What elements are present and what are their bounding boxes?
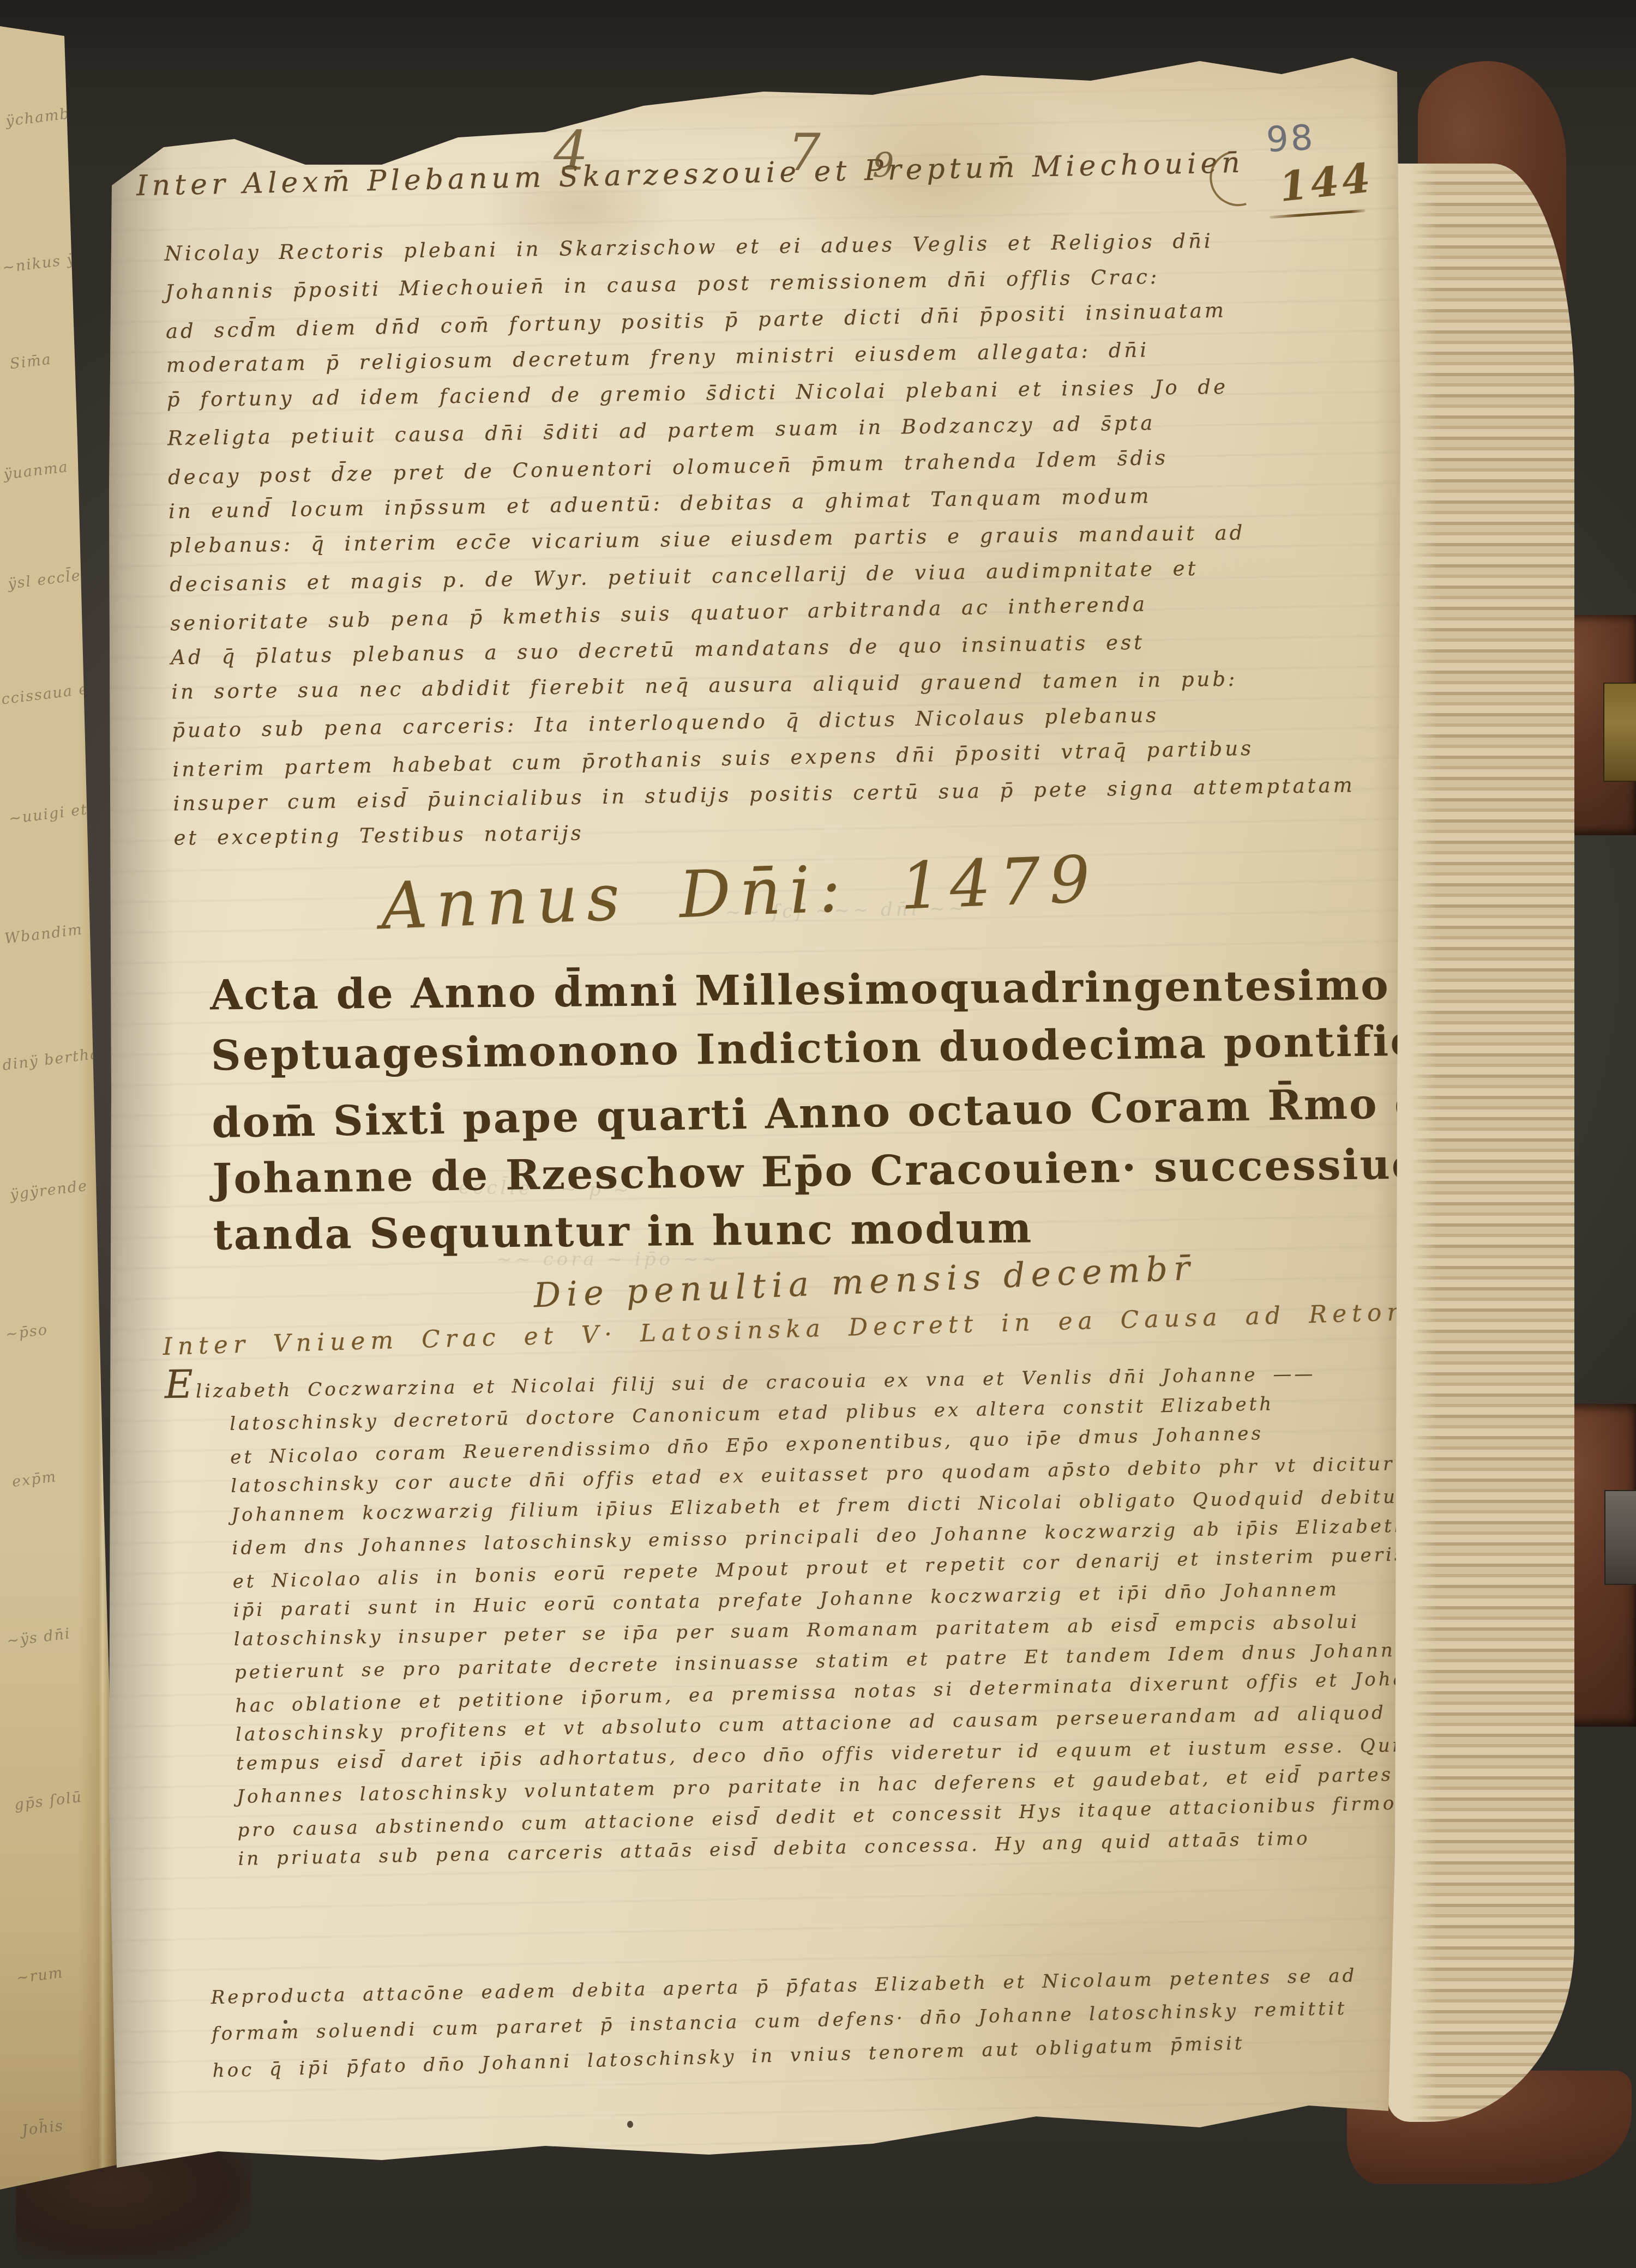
facing-page-edge: ÿchambus ~nikus ÿ Sim̄a ÿuanma ÿsl eccl̄… (0, 26, 127, 2189)
bleed-fragment: ÿsl eccl̄e (7, 567, 82, 593)
entry-block-2: Elizabeth Coczwarzina et Nicolai filij s… (228, 1349, 1427, 1875)
folio-underline-stroke (1270, 209, 1366, 219)
bleed-fragment: ~ÿs dn̄i (6, 1625, 72, 1650)
bleed-fragment: Sim̄a (9, 351, 52, 372)
acta-line: Acta de Anno d̄mni Millesimoquadringente… (210, 955, 1410, 1024)
marginal-numeral-7: 7 (788, 123, 821, 183)
bleed-fragment: ~nikus ÿ (2, 251, 77, 276)
ink-fleck (284, 2020, 287, 2024)
bleed-fragment: Wbandim (4, 921, 84, 947)
ink-fleck (627, 2121, 633, 2128)
fore-edge-page-stack (1388, 164, 1574, 2122)
brass-clasp (1603, 683, 1636, 782)
folio-number-pencil: 98 (1265, 118, 1316, 161)
entry-block-2-closing: Reproducta attacōne eadem debita aperta … (210, 1956, 1412, 2086)
year-heading: Annus Dn̄i: 1479 (380, 841, 1100, 944)
bleed-fragment: ÿgÿrende (9, 1177, 89, 1203)
bleed-fragment: gp̄s ſolū (14, 1788, 83, 1813)
marginal-numeral-4: 4 (554, 119, 588, 183)
iron-clasp (1604, 1490, 1636, 1585)
bleed-fragment: ~p̄so (4, 1321, 49, 1343)
bleed-fragment: ÿuanma (3, 459, 70, 483)
bleed-fragment: dinÿ bertha (2, 1045, 101, 1074)
marginal-numeral-9: 9 (873, 145, 894, 185)
bleed-fragment: Joh̄is (21, 2117, 64, 2139)
bleed-fragment: ÿchambus (5, 103, 91, 130)
folio-number-ink: 144 (1277, 154, 1376, 211)
bleed-fragment: ~uuigi et (8, 801, 89, 827)
entry-block-1: Nicolay Rectoris plebani in Skarzischow … (164, 219, 1390, 859)
manuscript-page: ~~ ſcſ ~~~ dn̄i ~~ ~ eccl̄ie ~~ p̄ ~ ~~ … (82, 49, 1412, 2181)
bleed-fragment: ccissaua e (1, 680, 89, 708)
acta-line: tanda Sequuntur in hunc modum (213, 1195, 1413, 1264)
manuscript-scan: ÿchambus ~nikus ÿ Sim̄a ÿuanma ÿsl eccl̄… (0, 0, 1636, 2268)
acta-display-block: Acta de Anno d̄mni Millesimoquadringente… (210, 954, 1414, 1266)
entry-header-line: Inter Alexm̄ Plebanum Skarzeszouie et Pr… (136, 147, 1245, 203)
bleed-fragment: exp̄m (11, 1468, 57, 1491)
bleed-fragment: ~rum (15, 1964, 64, 1987)
ink-fleck (1126, 2143, 1131, 2148)
